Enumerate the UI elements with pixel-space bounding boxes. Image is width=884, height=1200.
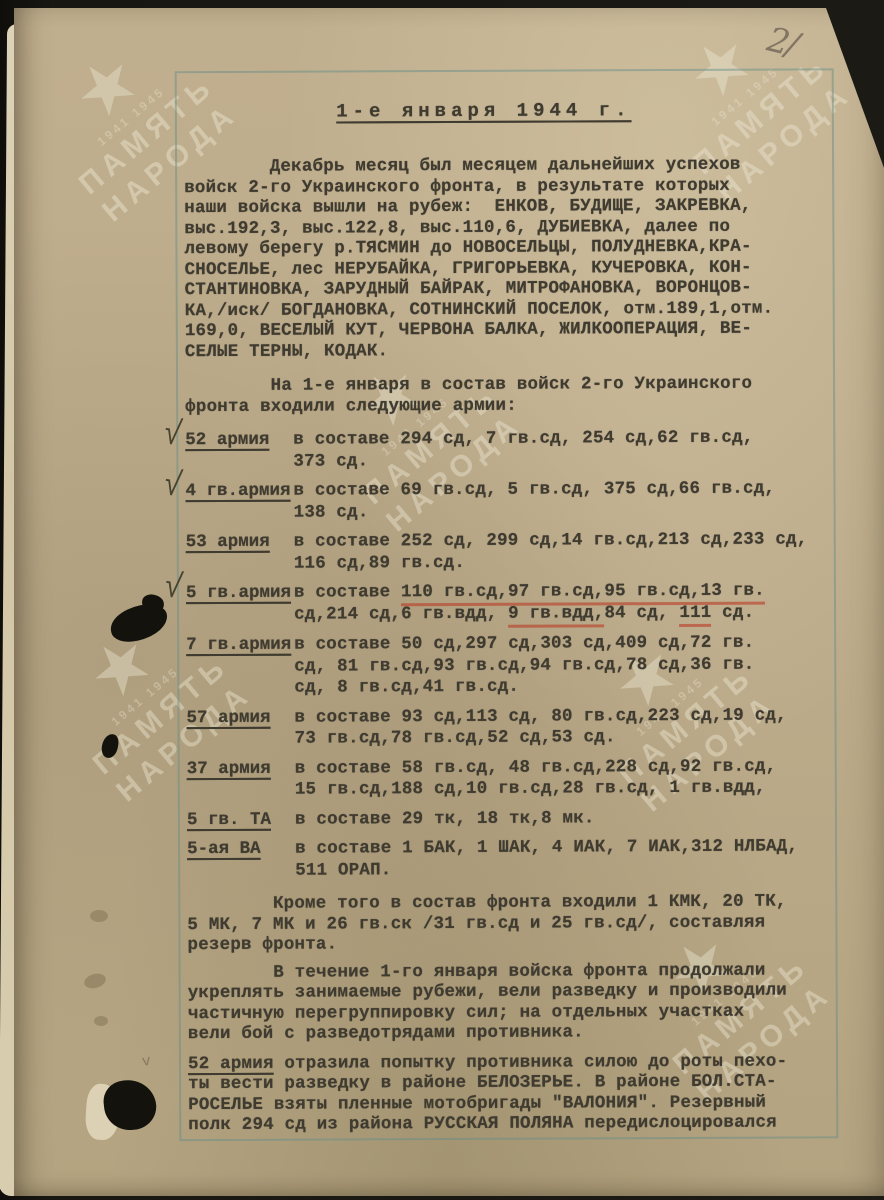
army-body: в составе 29 тк, 18 тк,8 мк.: [295, 808, 595, 831]
army-label: 5-ая ВА: [187, 839, 295, 861]
army-body: в составе 294 сд, 7 гв.сд, 254 сд,62 гв.…: [293, 428, 753, 473]
army-row-5gv: √ 5 гв.армия в составе 110 гв.сд,97 гв.с…: [186, 580, 826, 626]
scanned-document: ★ 1941 1945 ПАМЯТЬ НАРОДА ★ 1941 1945 ПА…: [0, 0, 884, 1200]
army-label: 52 армия: [185, 430, 293, 452]
army-row-4gv: √ 4 гв.армия в составе 69 гв.сд, 5 гв.сд…: [185, 478, 825, 524]
red-underlined-unit: 97 гв.сд,: [508, 581, 604, 605]
army-label: 4 гв.армия: [185, 481, 293, 503]
report-text: отразила попытку противника силою до рот…: [188, 1051, 787, 1135]
document-page: ★ 1941 1945 ПАМЯТЬ НАРОДА ★ 1941 1945 ПА…: [14, 8, 884, 1196]
typed-content: 1-е января 1944 г. Декабрь месяц был мес…: [184, 98, 829, 1135]
army-body: в составе 58 гв.сд, 48 гв.сд,228 сд,92 г…: [295, 756, 777, 801]
army-body: в составе 69 гв.сд, 5 гв.сд, 375 сд,66 г…: [293, 479, 775, 524]
pencil-tick: v: [141, 1053, 152, 1071]
paragraph-intro: Декабрь месяц был месяцем дальнейших усп…: [184, 154, 825, 362]
army-label: 52 армия: [188, 1053, 274, 1073]
army-label: 53 армия: [186, 532, 294, 554]
paper-dent: [94, 1016, 108, 1026]
army-label: 37 армия: [187, 758, 295, 780]
army-row-53: 53 армия в составе 252 сд, 299 сд,14 гв.…: [186, 529, 826, 575]
army-body: в составе 50 сд,297 сд,303 сд,409 сд,72 …: [294, 633, 754, 700]
page-number: 2/: [763, 20, 801, 66]
red-underlined-unit: 9 гв.вдд,: [508, 603, 604, 627]
army-body-segment: 84 сд,: [604, 602, 679, 622]
army-body: в составе 110 гв.сд,97 гв.сд,95 гв.сд,13…: [294, 581, 765, 626]
document-title: 1-е января 1944 г.: [184, 99, 784, 124]
army-body: в составе 252 сд, 299 сд,14 гв.сд,213 сд…: [294, 529, 808, 574]
paper-dent: [90, 910, 108, 922]
army-label: 7 гв.армия: [186, 635, 294, 657]
red-underlined-unit: 111: [679, 602, 711, 626]
paragraph-reserves: Кроме того в состав фронта входили 1 КМК…: [187, 891, 827, 955]
paragraph-day-actions: В течение 1-го января войска фронта прод…: [188, 960, 828, 1045]
army-body-segment: сд.: [711, 602, 754, 622]
army-body: в составе 1 БАК, 1 ШАК, 4 ИАК, 7 ИАК,312…: [295, 836, 798, 881]
army-body-segment: в составе: [294, 582, 401, 602]
army-row-52: √ 52 армия в составе 294 сд, 7 гв.сд, 25…: [185, 427, 825, 473]
army-row-5gvta: 5 гв. ТА в составе 29 тк, 18 тк,8 мк.: [187, 807, 827, 831]
army-row-5va: 5-ая ВА в составе 1 БАК, 1 ШАК, 4 ИАК, 7…: [187, 836, 827, 882]
army-label: 5 гв.армия: [186, 583, 294, 605]
army-row-57: 57 армия в составе 93 сд,113 сд, 80 гв.с…: [186, 705, 826, 751]
army-label: 5 гв. ТА: [187, 809, 295, 831]
army-label: 57 армия: [186, 707, 294, 729]
army-body: в составе 93 сд,113 сд, 80 гв.сд,223 сд,…: [294, 705, 786, 750]
paragraph-army52-report: 52 армия отразила попытку противника сил…: [188, 1051, 828, 1136]
paragraph-composition-intro: На 1-е января в состав войск 2-го Украин…: [185, 373, 825, 417]
army-row-7gv: 7 гв.армия в составе 50 сд,297 сд,303 сд…: [186, 632, 826, 699]
army-row-37: 37 армия в составе 58 гв.сд, 48 гв.сд,22…: [187, 756, 827, 802]
